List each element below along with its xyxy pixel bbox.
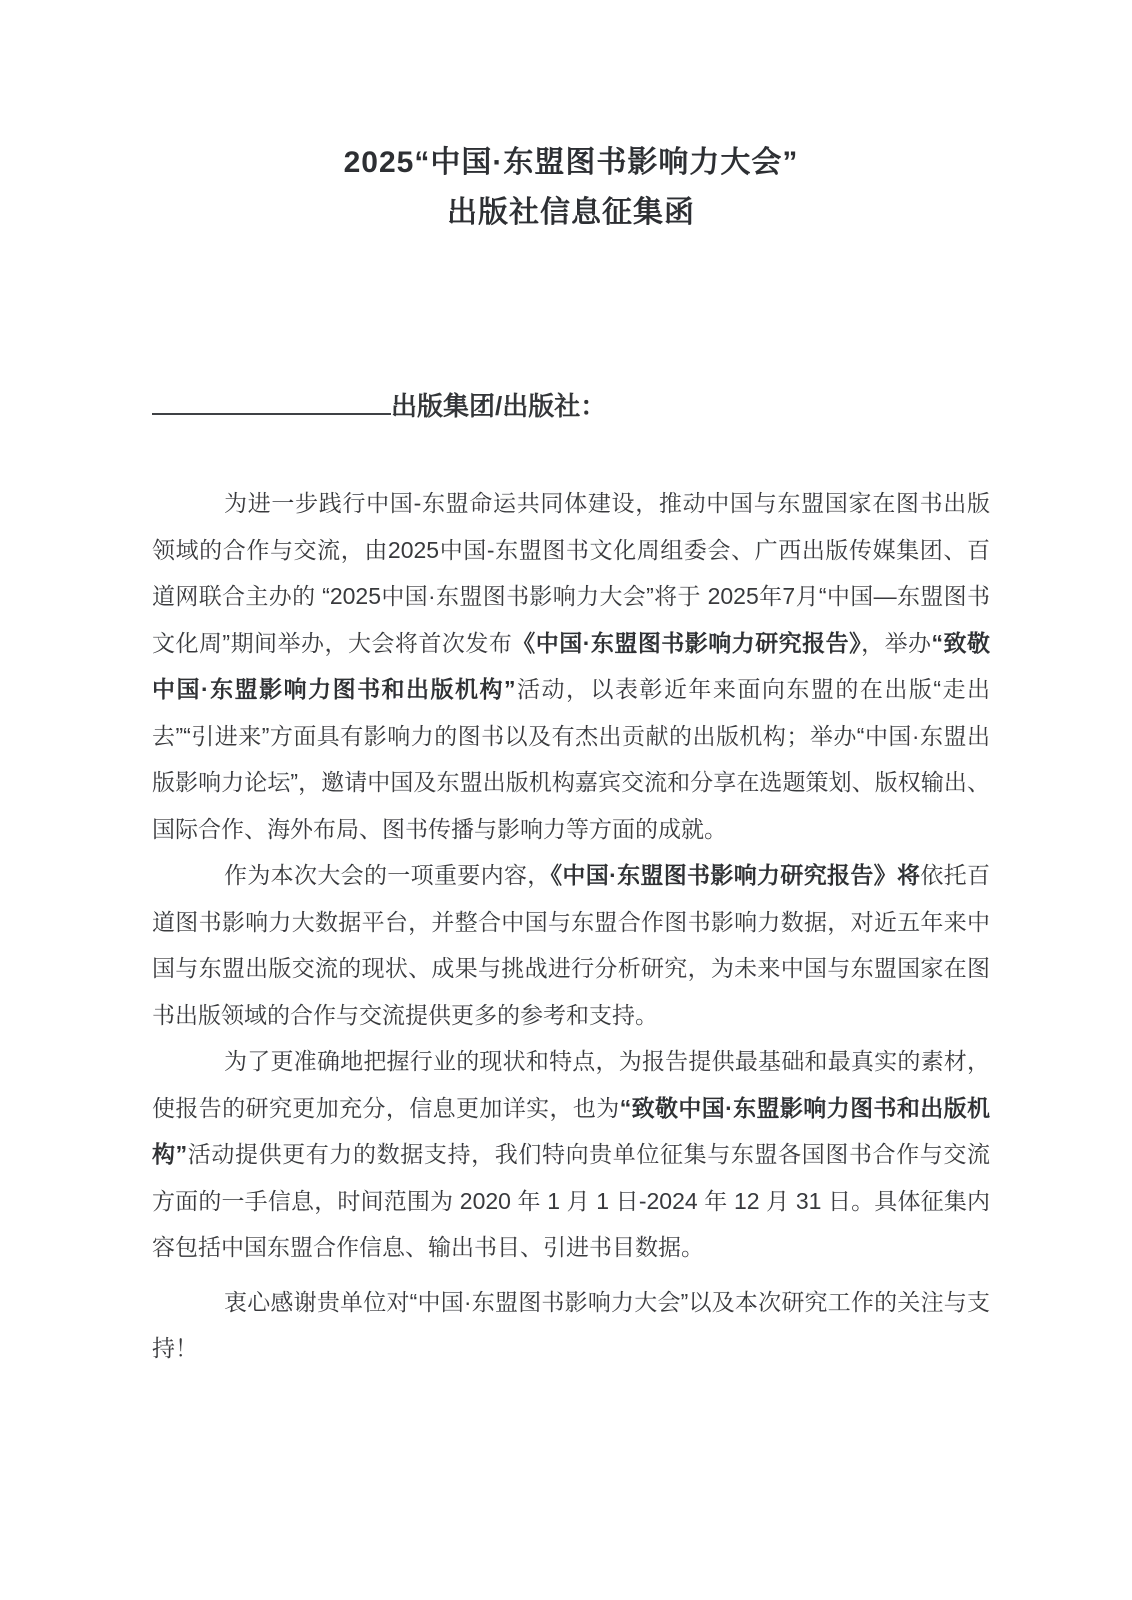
paragraph-4: 衷心感谢贵单位对“中国·东盟图书影响力大会”以及本次研究工作的关注与支持！	[152, 1279, 990, 1372]
bold-text-run: 《中国·东盟图书影响力研究报告》	[512, 630, 861, 656]
document-title-line2: 出版社信息征集函	[152, 188, 990, 238]
publisher-name-blank-field	[152, 409, 391, 415]
document-title: 2025“中国·东盟图书影响力大会” 出版社信息征集函	[152, 138, 990, 238]
paragraph-1: 为进一步践行中国-东盟命运共同体建设，推动中国与东盟国家在图书出版领域的合作与交…	[152, 480, 990, 852]
bold-text-run: 《中国·东盟图书影响力研究报告》将	[551, 862, 921, 888]
text-run: 作为本次大会的一项重要内容，	[224, 862, 551, 888]
paragraph-3: 为了更准确地把握行业的现状和特点，为报告提供最基础和最真实的素材，使报告的研究更…	[152, 1038, 990, 1271]
document-page: 2025“中国·东盟图书影响力大会” 出版社信息征集函 出版集团/出版社： 为进…	[0, 0, 1132, 1600]
paragraph-2: 作为本次大会的一项重要内容，《中国·东盟图书影响力研究报告》将依托百道图书影响力…	[152, 852, 990, 1038]
document-title-line1: 2025“中国·东盟图书影响力大会”	[152, 138, 990, 188]
body-paragraphs: 为进一步践行中国-东盟命运共同体建设，推动中国与东盟国家在图书出版领域的合作与交…	[152, 480, 990, 1372]
text-run: 衷心感谢贵单位对“中国·东盟图书影响力大会”以及本次研究工作的关注与支持！	[152, 1289, 990, 1362]
text-run: 活动提供更有力的数据支持，我们特向贵单位征集与东盟各国图书合作与交流方面的一手信…	[152, 1141, 990, 1260]
salutation-line: 出版集团/出版社：	[152, 383, 990, 429]
text-run: ，举办	[861, 630, 931, 656]
document-content: 2025“中国·东盟图书影响力大会” 出版社信息征集函 出版集团/出版社： 为进…	[0, 0, 1132, 1372]
salutation-label: 出版集团/出版社：	[391, 391, 606, 421]
